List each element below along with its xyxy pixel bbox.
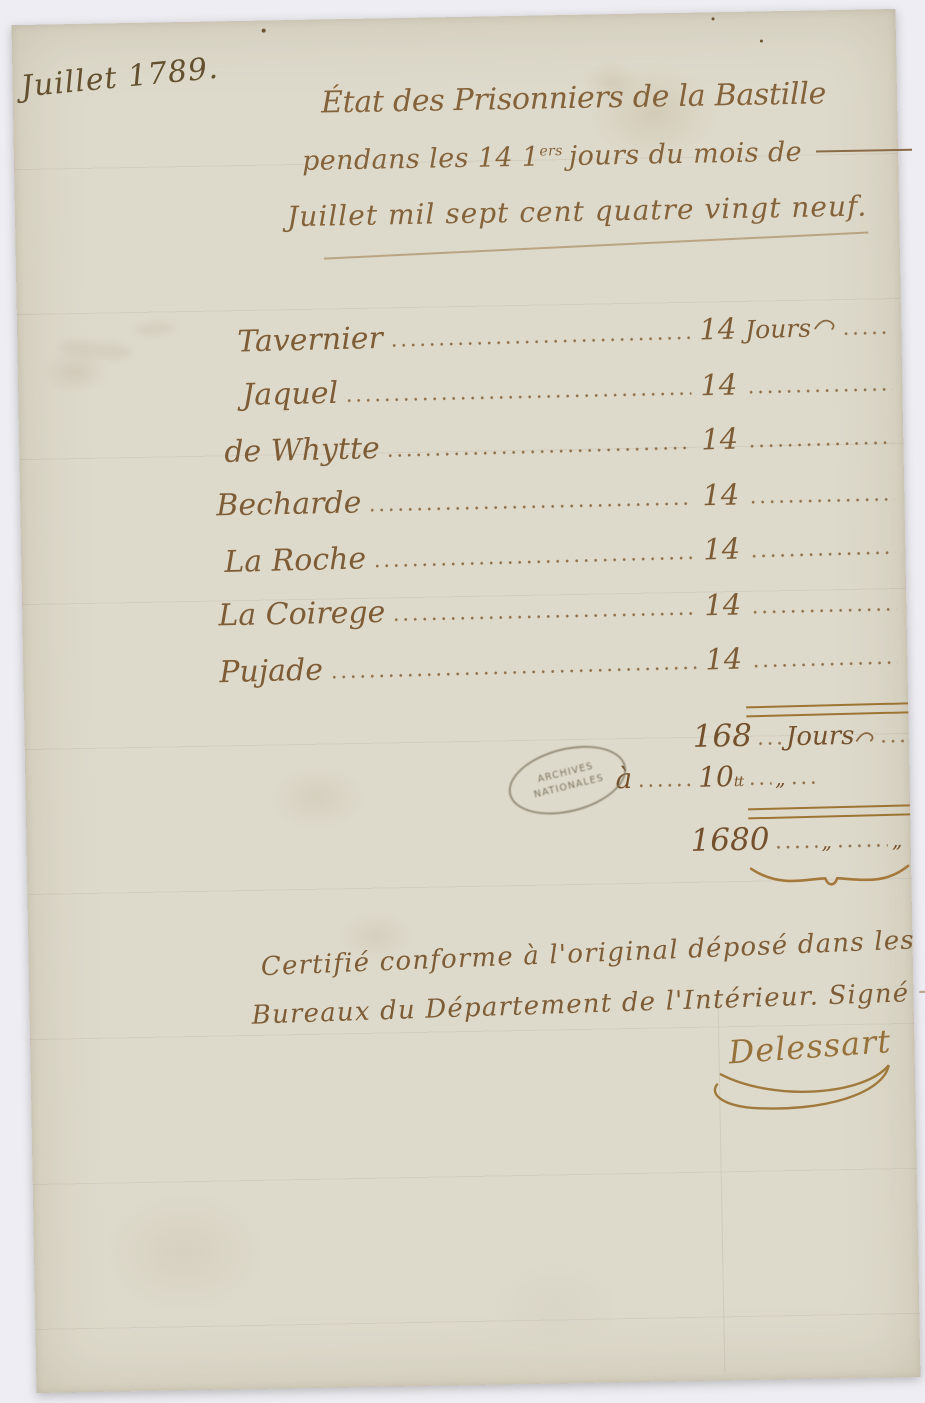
row-trail	[744, 607, 902, 611]
days-value: 14	[703, 532, 741, 567]
dotted-leader	[749, 550, 895, 558]
flourish	[854, 728, 874, 744]
days-unit: Jours	[745, 314, 812, 345]
rate-value: 10	[698, 760, 734, 794]
dotted-leader	[372, 556, 694, 568]
signature-flourish	[703, 1059, 914, 1121]
underbrace-flourish	[745, 861, 914, 894]
dotted-leader	[841, 331, 891, 336]
days-value: 14	[702, 477, 740, 512]
total-days-unit: Jours	[786, 721, 855, 752]
prisoner-name: La Roche	[224, 541, 367, 580]
title-line-2-text: jours du mois de	[569, 137, 803, 172]
total-days-line: 168 Jours	[692, 715, 909, 755]
prisoner-name: La Coirege	[218, 595, 386, 633]
dotted-leader	[747, 781, 771, 785]
rate-line: à 10tt „	[615, 758, 842, 795]
dotted-leader	[774, 845, 818, 850]
dotted-leader	[747, 440, 893, 448]
title-superscript: ers	[539, 143, 563, 159]
days-value: 14	[701, 422, 739, 457]
prisoner-list: Tavernier 14 Jours Jaquel 14 de Whytte 1…	[213, 310, 904, 707]
prisoner-name: de Whytte	[224, 431, 380, 470]
dotted-leader	[746, 387, 892, 394]
dotted-leader	[879, 739, 905, 743]
dotted-leader	[756, 741, 782, 745]
row-trail	[742, 497, 900, 501]
scanned-document: { "document": { "date_annotation": "Juil…	[0, 0, 925, 1403]
title-line-2-text: pendans les 14 1	[302, 142, 540, 177]
dotted-leader	[751, 660, 897, 668]
total-days-value: 168	[692, 718, 752, 755]
dotted-leader	[790, 781, 816, 785]
dotted-leader	[344, 391, 691, 402]
prisoner-name: Becharde	[216, 485, 362, 523]
row-trail	[743, 550, 901, 555]
days-value: 14	[699, 312, 737, 347]
dotted-leader	[329, 666, 696, 680]
days-value: 14	[704, 587, 742, 622]
dotted-leader	[836, 843, 888, 848]
ditto-mark: „	[775, 766, 786, 790]
total-amount-value: 1680	[690, 821, 770, 858]
certification-trailing-line	[919, 989, 925, 993]
days-value: 14	[705, 642, 743, 677]
flourish	[813, 314, 835, 331]
manuscript-page: Juillet 1789. État des Prisonniers de la…	[12, 9, 921, 1393]
row-trail	[740, 387, 898, 391]
ink-speck	[760, 39, 763, 42]
dotted-leader	[389, 336, 690, 348]
prisoner-name: Tavernier	[237, 321, 383, 360]
dotted-leader	[391, 611, 695, 621]
title-trailing-dash	[816, 149, 912, 153]
ditto-mark: „	[821, 829, 832, 853]
row-trail	[745, 660, 903, 665]
ink-speck	[712, 17, 715, 20]
rate-unit-superscript: tt	[734, 774, 744, 790]
days-value: 14	[700, 368, 738, 403]
prisoner-name: Pujade	[219, 652, 324, 690]
dotted-leader	[386, 446, 693, 458]
dotted-leader	[750, 607, 896, 614]
ditto-mark: „	[892, 828, 903, 852]
row-trail: Jours	[739, 311, 898, 344]
dotted-leader	[368, 501, 694, 512]
dotted-leader	[748, 497, 894, 504]
row-trail	[741, 440, 899, 445]
dotted-leader	[636, 783, 694, 788]
total-amount-line: 1680 „ „	[690, 819, 913, 859]
prisoner-name: Jaquel	[242, 376, 339, 413]
ink-speck	[262, 29, 266, 33]
